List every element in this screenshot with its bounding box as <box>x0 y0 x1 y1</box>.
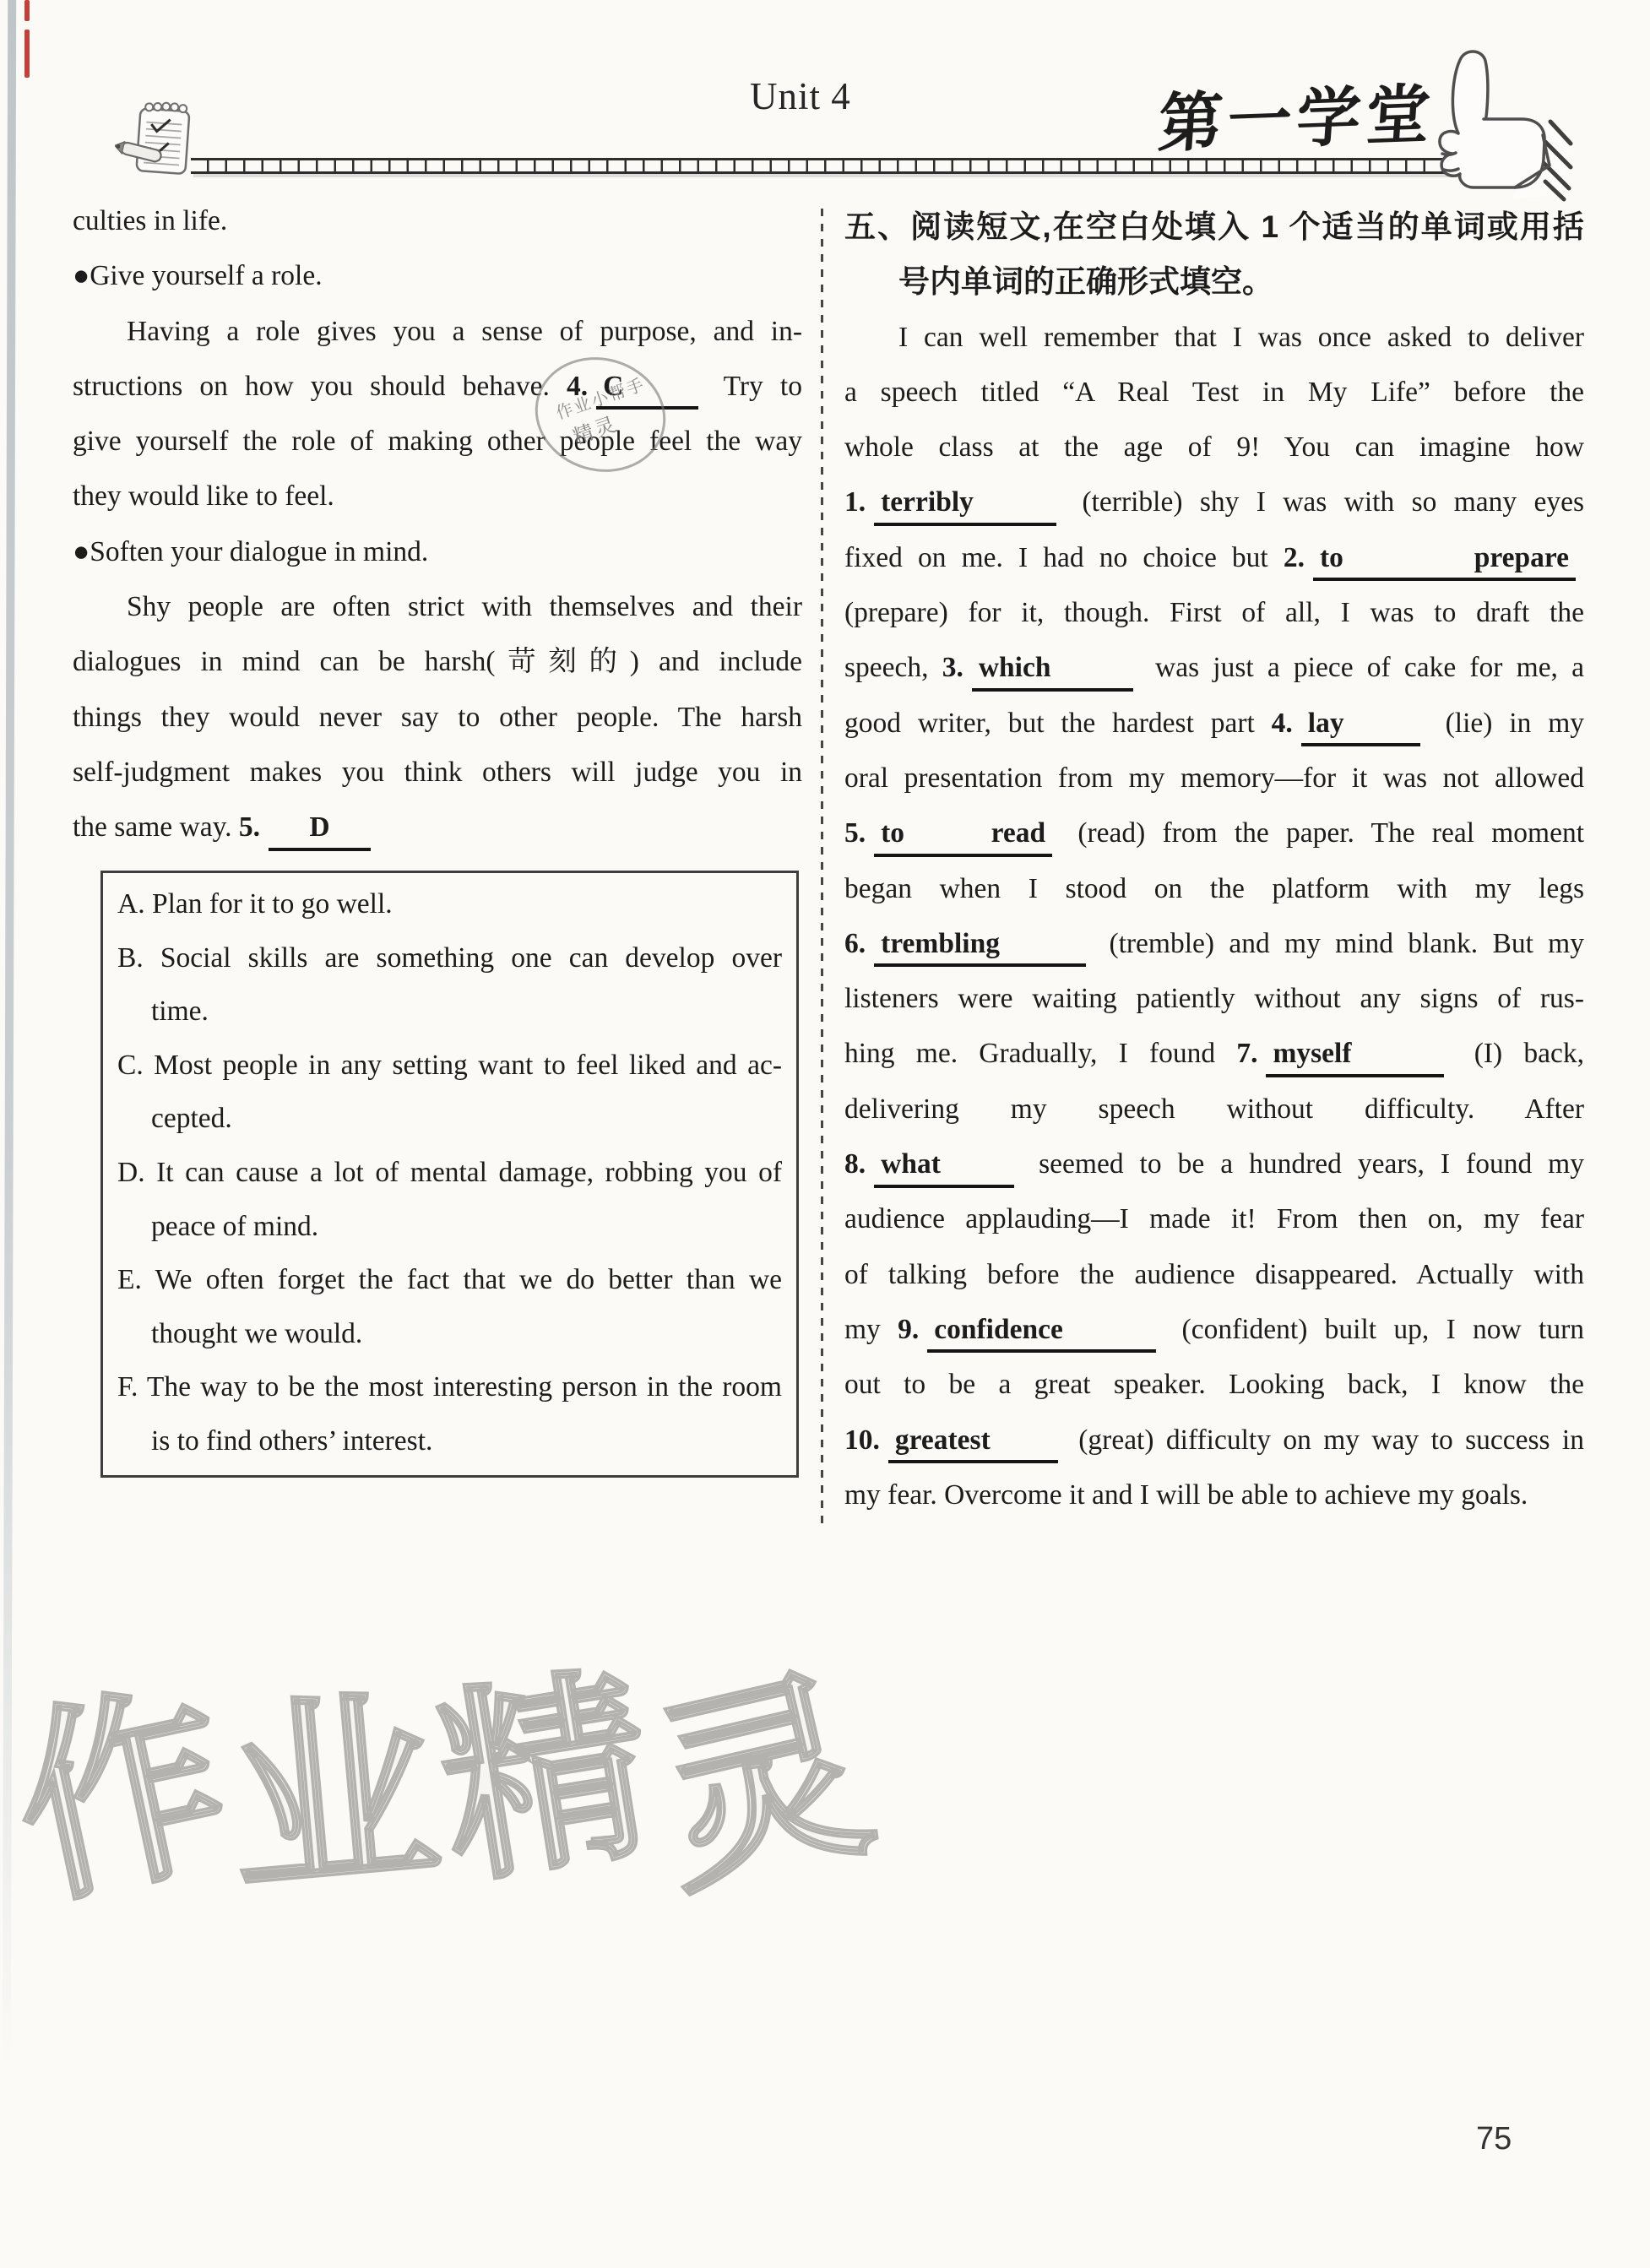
text-line: cepted. <box>117 1092 782 1146</box>
left-column: culties in life.●Give yourself a role.Ha… <box>73 193 802 855</box>
text-line: my 9.confidence (confident) built up, I … <box>844 1302 1584 1357</box>
text-line: Having a role gives you a sense of purpo… <box>73 304 802 359</box>
text-segment: things they would never say to other peo… <box>73 702 802 733</box>
text-segment: 号内单词的正确形式填空。 <box>898 264 1273 299</box>
text-line: delivering my speech without difficulty.… <box>844 1082 1584 1137</box>
blank-number: 5. <box>239 811 260 843</box>
text-segment: (I) back, <box>1452 1038 1584 1069</box>
text-line: 5.to read (read) from the paper. The rea… <box>844 806 1584 860</box>
red-scan-mark <box>24 30 30 78</box>
section-heading: 五、阅读短文,在空白处填入 1 个适当的单词或用括 <box>844 199 1584 254</box>
answer-blank: confidence <box>927 1311 1156 1354</box>
page-number: 75 <box>1476 2121 1512 2157</box>
thumbs-up-icon <box>1376 34 1579 211</box>
blank-number: 9. <box>898 1314 919 1345</box>
answer-blank: trembling <box>874 925 1086 968</box>
text-segment: (prepare) for it, though. First of all, … <box>844 597 1584 628</box>
text-segment: time. <box>151 996 209 1027</box>
text-segment: was just a piece of cake for me, a <box>1142 652 1584 683</box>
answer-blank: what <box>874 1146 1014 1188</box>
text-segment: delivering my speech without difficulty.… <box>844 1093 1584 1125</box>
text-line: ●Give yourself a role. <box>73 248 802 303</box>
text-line: D. It can cause a lot of mental damage, … <box>117 1146 782 1200</box>
blank-number: 6. <box>844 928 866 959</box>
text-segment: culties in life. <box>73 205 227 236</box>
text-segment: F. The way to be the most interesting pe… <box>117 1371 782 1403</box>
text-line: of talking before the audience disappear… <box>844 1247 1584 1302</box>
text-segment: D. It can cause a lot of mental damage, … <box>117 1157 782 1188</box>
text-segment: my fear. Overcome it and I will be able … <box>844 1479 1528 1511</box>
answer-blank: terribly <box>874 484 1056 526</box>
answer-blank: which <box>972 649 1133 692</box>
text-line: a speech titled “A Real Test in My Life”… <box>844 365 1584 420</box>
text-segment: fixed on me. I had no choice but <box>844 542 1284 573</box>
text-segment: (tremble) and my mind blank. But my <box>1094 928 1584 959</box>
text-line: 8.what seemed to be a hundred years, I f… <box>844 1137 1584 1191</box>
blank-number: 5. <box>844 817 866 849</box>
text-segment: (terrible) shy I was with so many eyes <box>1065 486 1584 518</box>
text-line: 10.greatest (great) difficulty on my way… <box>844 1413 1584 1468</box>
text-line: began when I stood on the platform with … <box>844 861 1584 916</box>
text-segment: (great) difficulty on my way to success … <box>1067 1424 1584 1456</box>
text-segment: a speech titled “A Real Test in My Life”… <box>844 377 1584 408</box>
text-segment: hing me. Gradually, I found <box>844 1038 1236 1069</box>
text-segment: out to be a great speaker. Looking back,… <box>844 1369 1584 1400</box>
answer-blank: to read <box>874 815 1052 857</box>
text-line: whole class at the age of 9! You can ima… <box>844 420 1584 475</box>
text-line: oral presentation from my memory—for it … <box>844 751 1584 806</box>
text-line: out to be a great speaker. Looking back,… <box>844 1357 1584 1412</box>
text-line: audience applauding—I made it! From then… <box>844 1191 1584 1246</box>
text-segment: A. Plan for it to go well. <box>117 888 393 920</box>
notepad-pencil-icon <box>115 95 203 182</box>
blank-number: 1. <box>844 486 866 518</box>
text-line: speech, 3.which was just a piece of cake… <box>844 640 1584 695</box>
text-line: time. <box>117 985 782 1039</box>
text-line: F. The way to be the most interesting pe… <box>117 1360 782 1414</box>
answer-blank: to prepare <box>1313 540 1576 582</box>
text-line: they would like to feel. <box>73 469 802 524</box>
answer-blank: lay <box>1301 705 1420 747</box>
text-segment: audience applauding—I made it! From then… <box>844 1203 1584 1234</box>
text-line: E. We often forget the fact that we do b… <box>117 1253 782 1307</box>
text-segment: speech, <box>844 652 942 683</box>
answer-blank: greatest <box>888 1422 1058 1464</box>
text-line: 6.trembling (tremble) and my mind blank.… <box>844 916 1584 971</box>
section-heading: 号内单词的正确形式填空。 <box>844 254 1584 309</box>
blank-number: 4. <box>1272 708 1293 739</box>
text-segment: peace of mind. <box>151 1211 318 1242</box>
text-line: my fear. Overcome it and I will be able … <box>844 1468 1584 1522</box>
text-segment: seemed to be a hundred years, I found my <box>1023 1148 1584 1180</box>
blank-number: 10. <box>844 1424 880 1456</box>
text-line: (prepare) for it, though. First of all, … <box>844 585 1584 640</box>
blank-number: 8. <box>844 1148 866 1180</box>
text-segment: cepted. <box>151 1103 232 1134</box>
answer-blank: D <box>269 809 371 851</box>
options-box: A. Plan for it to go well.B. Social skil… <box>100 871 799 1478</box>
blank-number: 7. <box>1236 1038 1257 1069</box>
text-segment: give yourself the role of making other p… <box>73 426 802 457</box>
text-segment: (lie) in my <box>1429 708 1584 739</box>
text-line: thought we would. <box>117 1307 782 1361</box>
blank-number: 3. <box>942 652 963 683</box>
text-segment: C. Most people in any setting want to fe… <box>117 1050 782 1081</box>
text-segment: whole class at the age of 9! You can ima… <box>844 431 1584 463</box>
text-segment: listeners were waiting patiently without… <box>844 983 1584 1014</box>
text-line: structions on how you should behave. 4.C… <box>73 359 802 414</box>
text-line: ●Soften your dialogue in mind. <box>73 524 802 579</box>
text-line: peace of mind. <box>117 1200 782 1254</box>
text-line: good writer, but the hardest part 4.lay … <box>844 696 1584 751</box>
text-segment: dialogues in mind can be harsh(苛刻的) and … <box>73 646 802 677</box>
text-line: dialogues in mind can be harsh(苛刻的) and … <box>73 634 802 689</box>
text-segment: my <box>844 1314 898 1345</box>
text-line: self-judgment makes you think others wil… <box>73 745 802 800</box>
workbook-page: Unit 4 第一学堂 culties in life.●Give yourse… <box>0 0 1650 2268</box>
watermark: 作业精灵 <box>10 1605 865 1932</box>
blank-number: 2. <box>1284 542 1305 573</box>
text-segment: the same way. <box>73 811 239 843</box>
text-line: fixed on me. I had no choice but 2.to pr… <box>844 530 1584 585</box>
watermark-character: 业 <box>216 1621 448 1935</box>
text-segment: self-judgment makes you think others wil… <box>73 757 802 788</box>
text-segment: is to find others’ interest. <box>151 1425 432 1457</box>
text-segment: oral presentation from my memory—for it … <box>844 762 1584 794</box>
header-rule <box>191 158 1471 174</box>
text-line: culties in life. <box>73 193 802 248</box>
text-line: B. Social skills are something one can d… <box>117 931 782 985</box>
text-line: the same way. 5.D <box>73 800 802 855</box>
column-divider <box>821 209 823 1526</box>
text-segment: B. Social skills are something one can d… <box>117 942 782 974</box>
page-title: Unit 4 <box>750 74 851 118</box>
text-segment: they would like to feel. <box>73 480 334 512</box>
red-scan-mark <box>24 0 30 21</box>
watermark-character: 作 <box>0 1613 251 1946</box>
right-column: 五、阅读短文,在空白处填入 1 个适当的单词或用括号内单词的正确形式填空。I c… <box>844 199 1584 1522</box>
text-line: is to find others’ interest. <box>117 1414 782 1468</box>
text-segment: began when I stood on the platform with … <box>844 873 1584 904</box>
text-line: listeners were waiting patiently without… <box>844 971 1584 1026</box>
text-line: A. Plan for it to go well. <box>117 877 782 931</box>
text-segment: (read) from the paper. The real moment <box>1061 817 1584 849</box>
text-segment: Shy people are often strict with themsel… <box>127 591 802 622</box>
text-line: Shy people are often strict with themsel… <box>73 579 802 634</box>
text-segment: E. We often forget the fact that we do b… <box>117 1264 782 1295</box>
text-line: I can well remember that I was once aske… <box>844 310 1584 365</box>
text-segment: thought we would. <box>151 1318 362 1349</box>
text-segment: I can well remember that I was once aske… <box>898 322 1584 353</box>
answer-blank: myself <box>1266 1035 1444 1077</box>
text-segment: ●Give yourself a role. <box>73 260 323 291</box>
text-segment: 五、阅读短文,在空白处填入 1 个适当的单词或用括 <box>844 209 1584 244</box>
text-segment: of talking before the audience disappear… <box>844 1259 1584 1290</box>
text-line: 1.terribly (terrible) shy I was with so … <box>844 475 1584 529</box>
text-segment: (confident) built up, I now turn <box>1164 1314 1584 1345</box>
text-line: things they would never say to other peo… <box>73 690 802 745</box>
text-segment: Try to <box>707 371 802 402</box>
text-line: C. Most people in any setting want to fe… <box>117 1039 782 1093</box>
text-segment: good writer, but the hardest part <box>844 708 1272 739</box>
text-segment: Having a role gives you a sense of purpo… <box>127 316 802 347</box>
text-line: give yourself the role of making other p… <box>73 414 802 469</box>
text-line: hing me. Gradually, I found 7.myself (I)… <box>844 1026 1584 1081</box>
text-segment: ●Soften your dialogue in mind. <box>73 536 428 567</box>
text-segment: structions on how you should behave. <box>73 371 567 402</box>
